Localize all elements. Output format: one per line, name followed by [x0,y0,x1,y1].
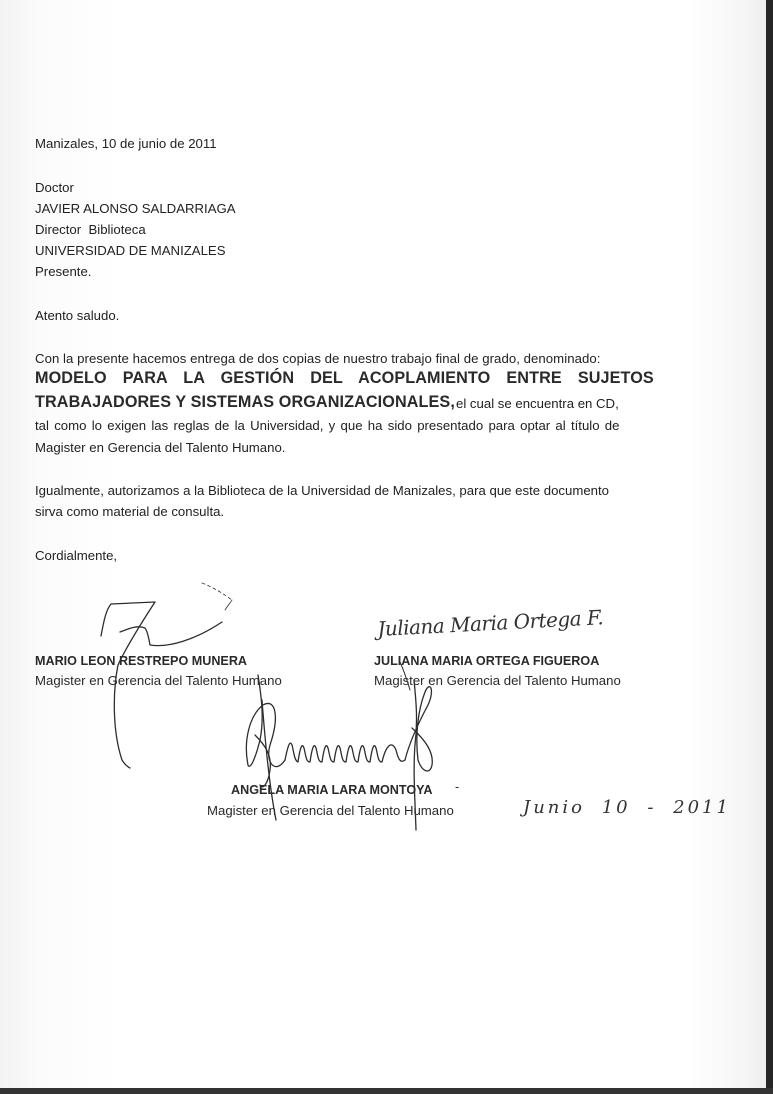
signatory-1-role: Magister en Gerencia del Talento Humano [35,673,282,688]
thesis-after-title: el cual se encuentra en CD, [456,396,619,412]
recipient-closing: Presente. [35,264,91,280]
paragraph1-line3: tal como lo exigen las reglas de la Univ… [35,418,619,434]
recipient-position: Director Biblioteca [35,222,146,238]
scanner-edge-right [766,0,773,1094]
date-line: Manizales, 10 de junio de 2011 [35,136,217,152]
signatory-2-handwritten-signature: Juliana Maria Ortega F. [377,605,604,641]
paragraph1-line4: Magister en Gerencia del Talento Humano. [35,440,285,456]
signatory-3-dash: - [455,780,459,794]
signatures-svg [0,0,766,1088]
valediction: Cordialmente, [35,548,117,564]
thesis-title-line1: MODELO PARA LA GESTIÓN DEL ACOPLAMIENTO … [35,369,654,388]
recipient-name: JAVIER ALONSO SALDARRIAGA [35,201,236,217]
recipient-title: Doctor [35,180,74,196]
scanned-letter-page: Manizales, 10 de junio de 2011 Doctor JA… [0,0,766,1088]
paragraph2-line1: Igualmente, autorizamos a la Biblioteca … [35,483,609,499]
handwritten-date: Junio 10 - 2011 [523,797,731,818]
signatory-2-role: Magister en Gerencia del Talento Humano [374,673,621,688]
signatory-3-role: Magister en Gerencia del Talento Humano [207,803,454,818]
scanner-edge-bottom [0,1088,773,1094]
paragraph1-intro: Con la presente hacemos entrega de dos c… [35,351,600,367]
signatory-1-name: MARIO LEON RESTREPO MUNERA [35,654,247,668]
paragraph2-line2: sirva como material de consulta. [35,504,224,520]
thesis-title-line2: TRABAJADORES Y SISTEMAS ORGANIZACIONALES… [35,393,455,412]
thesis-title-line2-text: TRABAJADORES Y SISTEMAS ORGANIZACIONALES… [35,393,455,411]
recipient-institution: UNIVERSIDAD DE MANIZALES [35,243,226,259]
greeting: Atento saludo. [35,308,119,324]
signatory-2-name: JULIANA MARIA ORTEGA FIGUEROA [374,654,599,668]
signatory-3-name: ANGELA MARIA LARA MONTOYA [231,783,433,797]
